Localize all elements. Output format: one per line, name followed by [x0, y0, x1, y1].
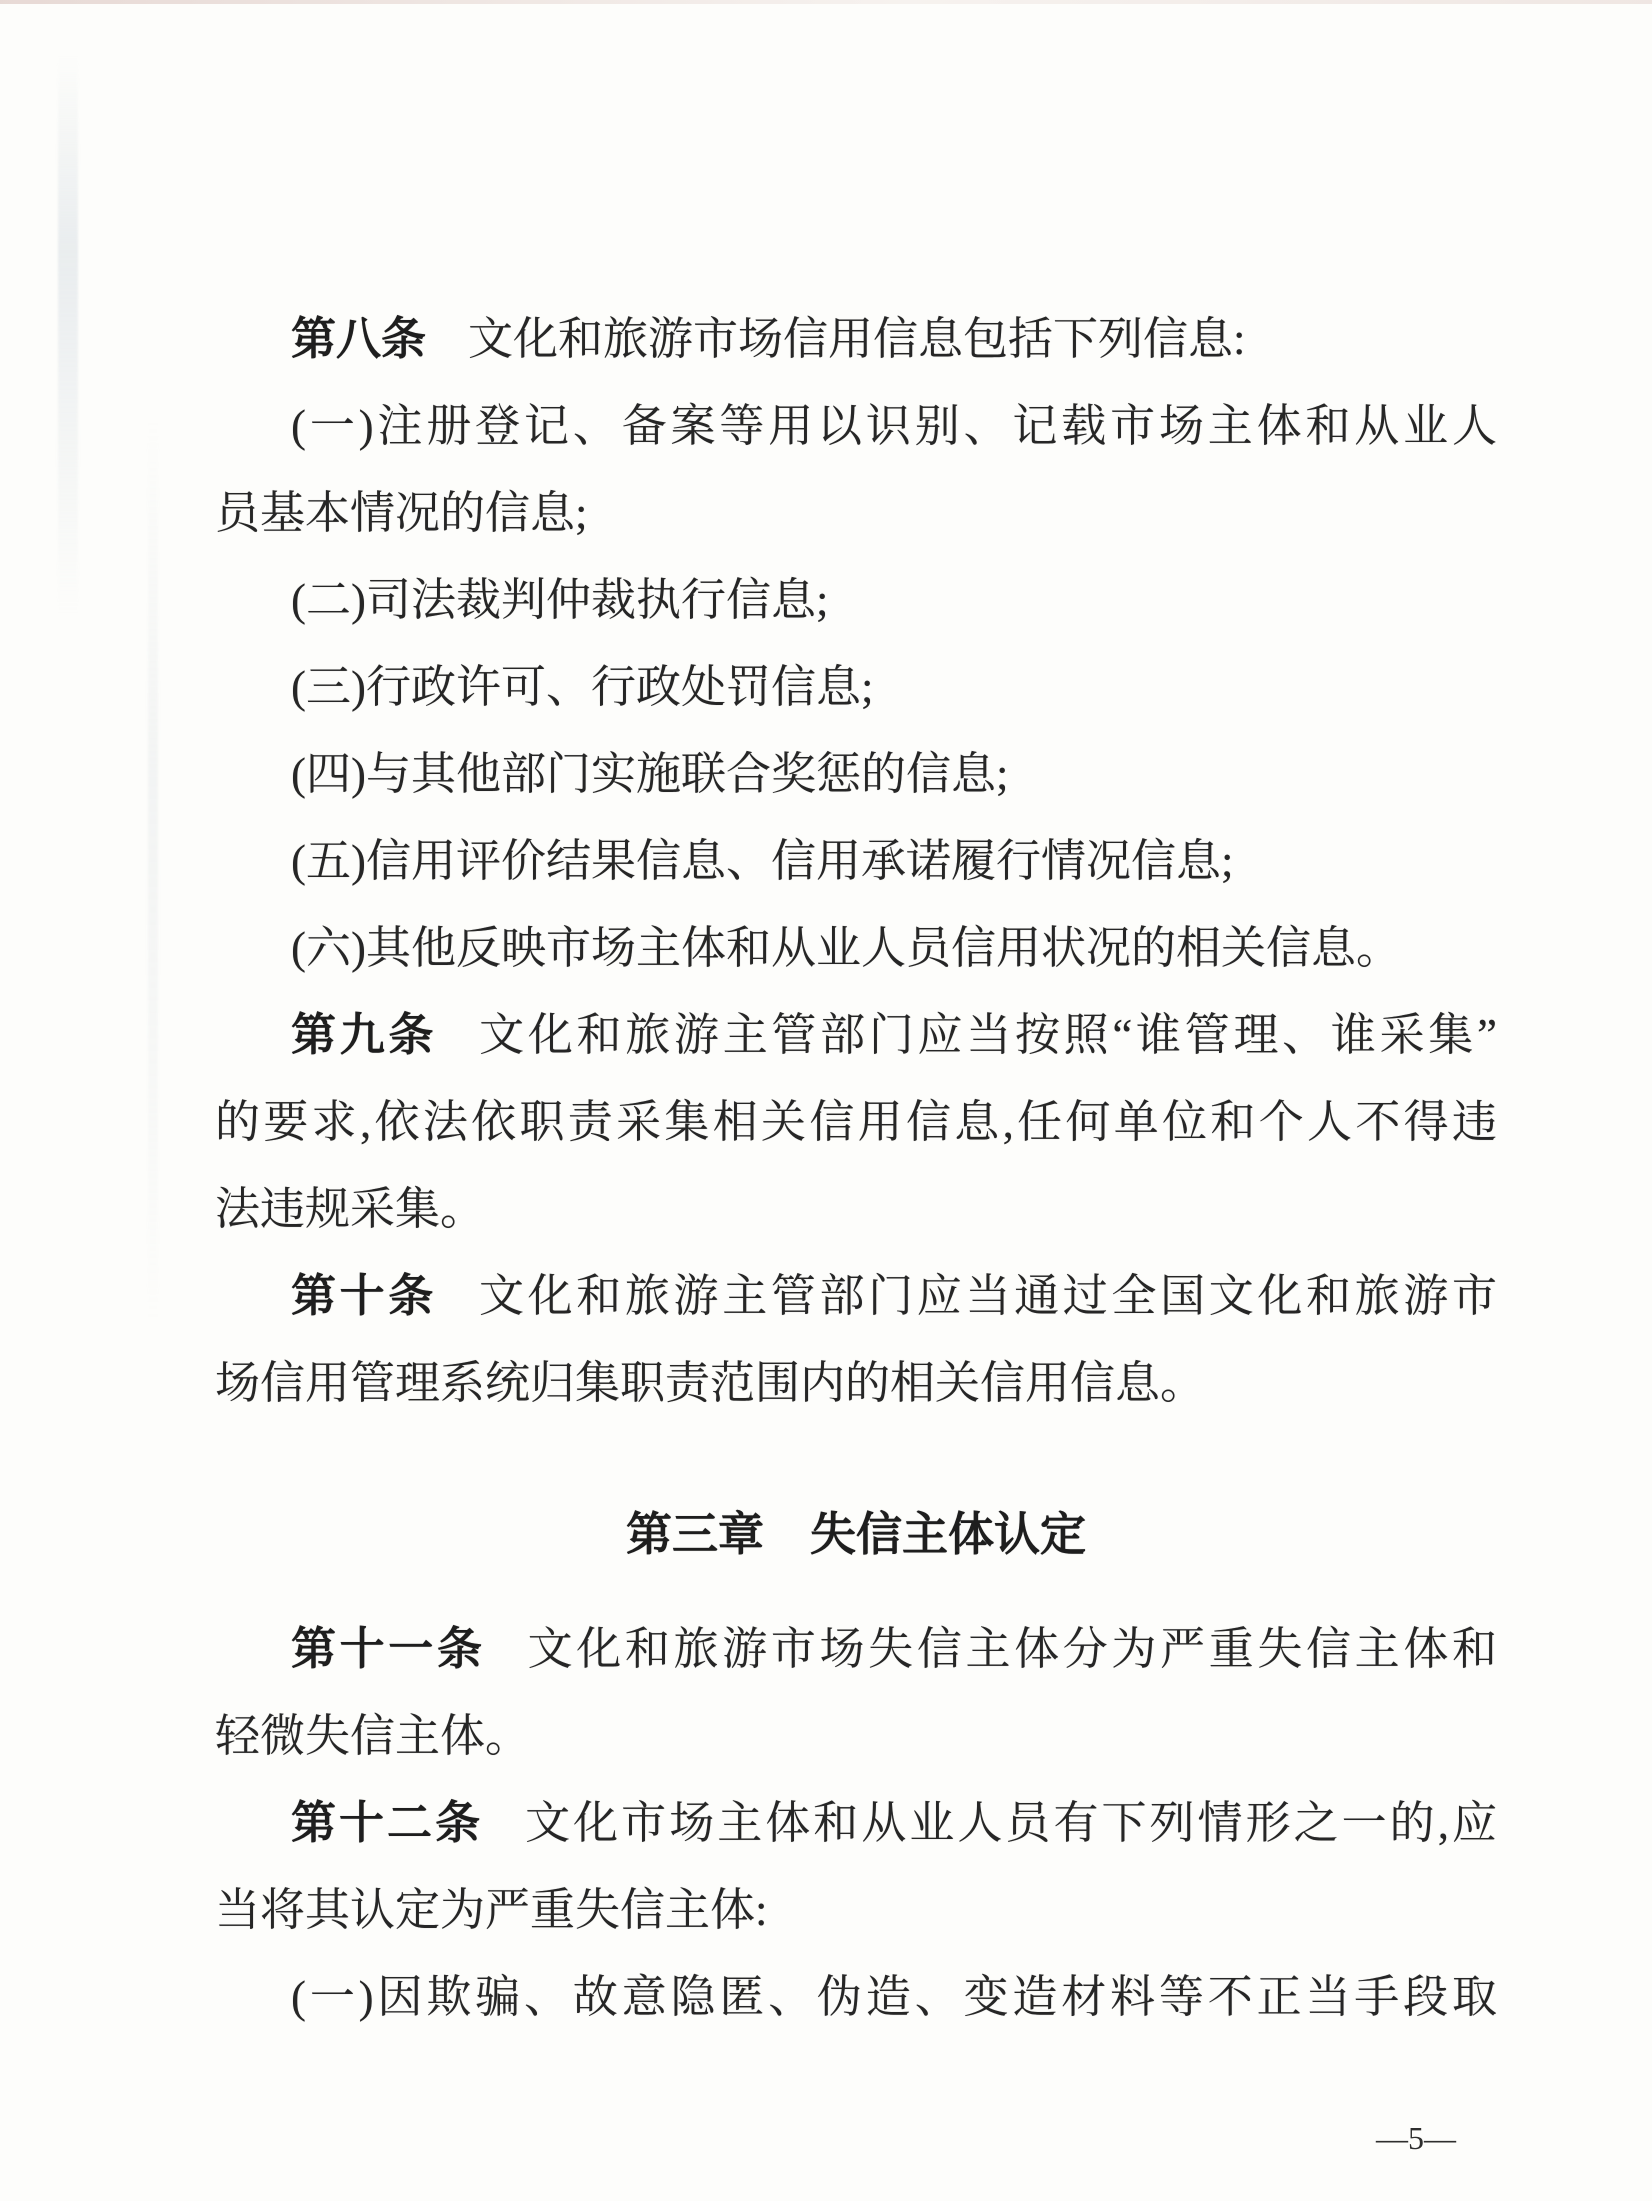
document-line: 的要求,依法依职责采集相关信用信息,任何单位和个人不得违 — [215, 1079, 1497, 1166]
scan-streak-artifact — [148, 420, 158, 1320]
article-number-label: 第十条 — [291, 1271, 437, 1321]
scan-streak-artifact — [58, 55, 78, 615]
document-line: 法违规采集。 — [215, 1166, 1497, 1253]
scan-edge-artifact — [0, 0, 1652, 4]
scanned-document-page: 第八条文化和旅游市场信用信息包括下列信息:(一)注册登记、备案等用以识别、记载市… — [0, 0, 1652, 2201]
article-number-label: 第十一条 — [291, 1624, 486, 1674]
document-line: (五)信用评价结果信息、信用承诺履行情况信息; — [215, 818, 1497, 905]
document-line: (四)与其他部门实施联合奖惩的信息; — [215, 731, 1497, 818]
line-text: 文化和旅游主管部门应当通过全国文化和旅游市 — [479, 1271, 1497, 1321]
line-text: 文化和旅游主管部门应当按照“谁管理、谁采集” — [479, 1010, 1497, 1060]
document-line: 第十一条文化和旅游市场失信主体分为严重失信主体和 — [215, 1606, 1497, 1693]
article-number-label: 第八条 — [291, 314, 426, 364]
document-line: 第九条文化和旅游主管部门应当按照“谁管理、谁采集” — [215, 992, 1497, 1079]
document-line: 第十条文化和旅游主管部门应当通过全国文化和旅游市 — [215, 1253, 1497, 1340]
document-line: (六)其他反映市场主体和从业人员信用状况的相关信息。 — [215, 905, 1497, 992]
article-number-label: 第九条 — [291, 1010, 437, 1060]
article-number-label: 第十二条 — [291, 1798, 483, 1848]
document-body: 第八条文化和旅游市场信用信息包括下列信息:(一)注册登记、备案等用以识别、记载市… — [215, 296, 1497, 2041]
line-text: 文化市场主体和从业人员有下列情形之一的,应 — [525, 1798, 1497, 1848]
page-number: —5— — [1376, 2119, 1456, 2157]
document-line: (一)因欺骗、故意隐匿、伪造、变造材料等不正当手段取 — [215, 1954, 1497, 2041]
document-line: (一)注册登记、备案等用以识别、记载市场主体和从业人 — [215, 383, 1497, 470]
document-line: (二)司法裁判仲裁执行信息; — [215, 557, 1497, 644]
document-line: 第十二条文化市场主体和从业人员有下列情形之一的,应 — [215, 1780, 1497, 1867]
document-line: 第八条文化和旅游市场信用信息包括下列信息: — [215, 296, 1497, 383]
document-line: 员基本情况的信息; — [215, 470, 1497, 557]
document-line: 当将其认定为严重失信主体: — [215, 1867, 1497, 1954]
line-text: 文化和旅游市场信用信息包括下列信息: — [468, 314, 1246, 364]
chapter-heading: 第三章 失信主体认定 — [215, 1491, 1497, 1578]
line-text: 文化和旅游市场失信主体分为严重失信主体和 — [528, 1624, 1497, 1674]
document-line: 场信用管理系统归集职责范围内的相关信用信息。 — [215, 1340, 1497, 1427]
document-line: 轻微失信主体。 — [215, 1693, 1497, 1780]
document-line: (三)行政许可、行政处罚信息; — [215, 644, 1497, 731]
